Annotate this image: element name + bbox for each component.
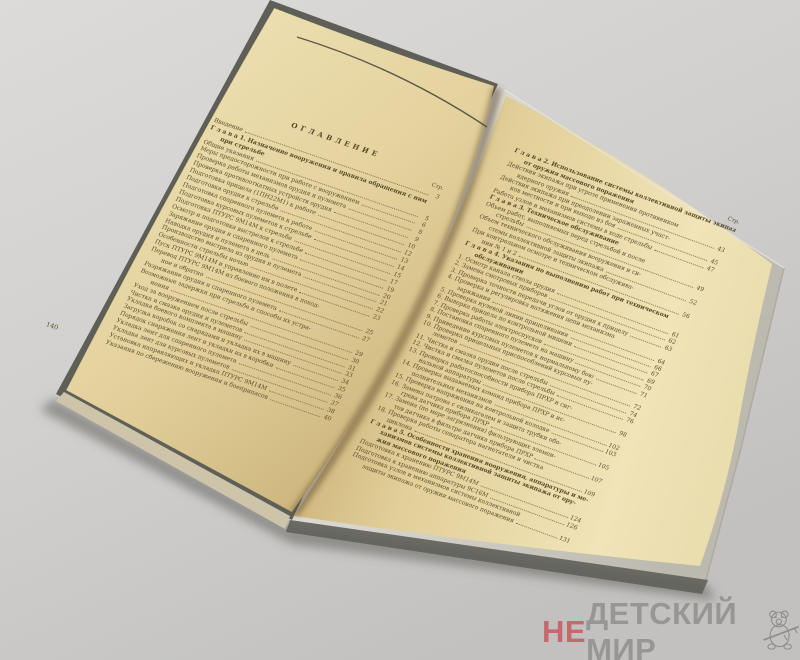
watermark: НЕ ДЕТСКИЙ МИР bbox=[542, 596, 800, 660]
watermark-rest: ДЕТСКИЙ МИР bbox=[586, 596, 755, 660]
photo-of-open-book: ОГЛАВЛЕНИЕ Стр. Введение3Г л а в а 1. На… bbox=[0, 0, 800, 660]
bear-with-rifle-icon bbox=[762, 600, 800, 658]
watermark-ne: НЕ bbox=[542, 614, 586, 650]
